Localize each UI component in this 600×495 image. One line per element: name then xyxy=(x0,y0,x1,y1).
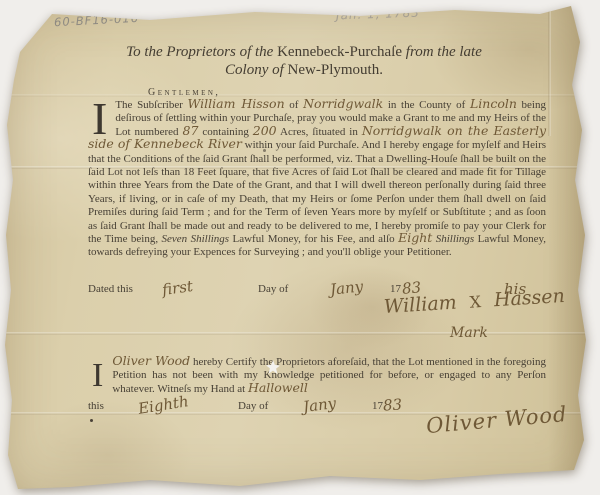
petition-text: Acres, ſituated in xyxy=(280,126,362,138)
title-text: To the Proprietors of the xyxy=(126,44,273,60)
certification-paragraph: I Oliver Wood hereby Certify the Proprie… xyxy=(88,356,546,396)
day-of-label: Day of xyxy=(238,400,268,412)
this-label: this xyxy=(88,400,104,412)
handwritten-certifier-name: Oliver Wood xyxy=(112,353,190,368)
pencil-date-annotation: Jan. 1, 1783 xyxy=(336,6,420,23)
petition-text: in the County of xyxy=(388,99,470,111)
signature-mark-x: X xyxy=(469,292,482,312)
handwritten-fee: Eight xyxy=(398,230,432,245)
handwritten-town: Norridgwalk xyxy=(303,96,383,111)
petition-text: of xyxy=(289,99,303,111)
petition-paragraph: I The Subſcriber William Hisson of Norri… xyxy=(88,99,546,260)
document-title: To the Proprietors of the Kennebeck-Purc… xyxy=(42,44,566,79)
handwritten-witness-place: Hallowell xyxy=(248,380,308,395)
signature-first-name: William xyxy=(383,292,457,318)
title-text: New-Plymouth. xyxy=(288,62,383,78)
signature-william-hassen: William X Hassen xyxy=(384,291,566,314)
handwritten-day: Eighth xyxy=(138,396,190,414)
title-text: from the late xyxy=(406,44,482,60)
signature-last-name: Hassen xyxy=(493,285,565,311)
drop-cap: I xyxy=(88,356,112,394)
fold-crease xyxy=(0,332,600,335)
dated-this-label: Dated this xyxy=(88,283,133,295)
petition-text: The Subſcriber xyxy=(115,99,187,111)
title-text: Colony of xyxy=(225,62,284,78)
pencil-catalog-number: 60-BF16-016 xyxy=(54,11,140,29)
handwritten-acreage: 200 xyxy=(253,123,277,138)
drop-cap: I xyxy=(88,99,115,137)
ink-speck xyxy=(263,149,266,152)
paper-sheet: 60-BF16-016 Jan. 1, 1783 To the Propriet… xyxy=(0,0,600,495)
petition-text: Seven Shillings xyxy=(162,233,230,245)
petition-text: within your ſaid Purchaſe. And I hereby … xyxy=(88,139,546,245)
title-text: Kennebeck-Purchaſe xyxy=(277,44,402,60)
title-line-1: To the Proprietors of the Kennebeck-Purc… xyxy=(42,44,566,61)
document-paper: 60-BF16-016 Jan. 1, 1783 To the Propriet… xyxy=(0,0,600,495)
handwritten-petitioner-name: William Hisson xyxy=(188,96,285,111)
handwritten-county: Lincoln xyxy=(470,96,517,111)
petition-text: Lawful Money, for his Fee, and alſo xyxy=(233,233,399,245)
signature-oliver-wood: Oliver Wood xyxy=(426,409,568,431)
title-line-2: Colony of New-Plymouth. xyxy=(42,62,566,79)
handwritten-year: 83 xyxy=(383,399,403,410)
day-of-label: Day of xyxy=(258,283,288,295)
petition-text: Shillings xyxy=(436,233,475,245)
mark-label: Mark xyxy=(450,328,488,338)
handwritten-month: Jany xyxy=(303,398,337,412)
handwritten-year: 83 xyxy=(402,282,422,294)
printed-year-prefix: 17 xyxy=(372,400,383,412)
handwritten-month: Jany xyxy=(330,281,364,294)
printed-year-prefix: 17 xyxy=(390,283,401,295)
ink-speck xyxy=(90,419,93,422)
photo-backdrop: 60-BF16-016 Jan. 1, 1783 To the Propriet… xyxy=(0,0,600,495)
handwritten-day: first xyxy=(161,281,193,295)
